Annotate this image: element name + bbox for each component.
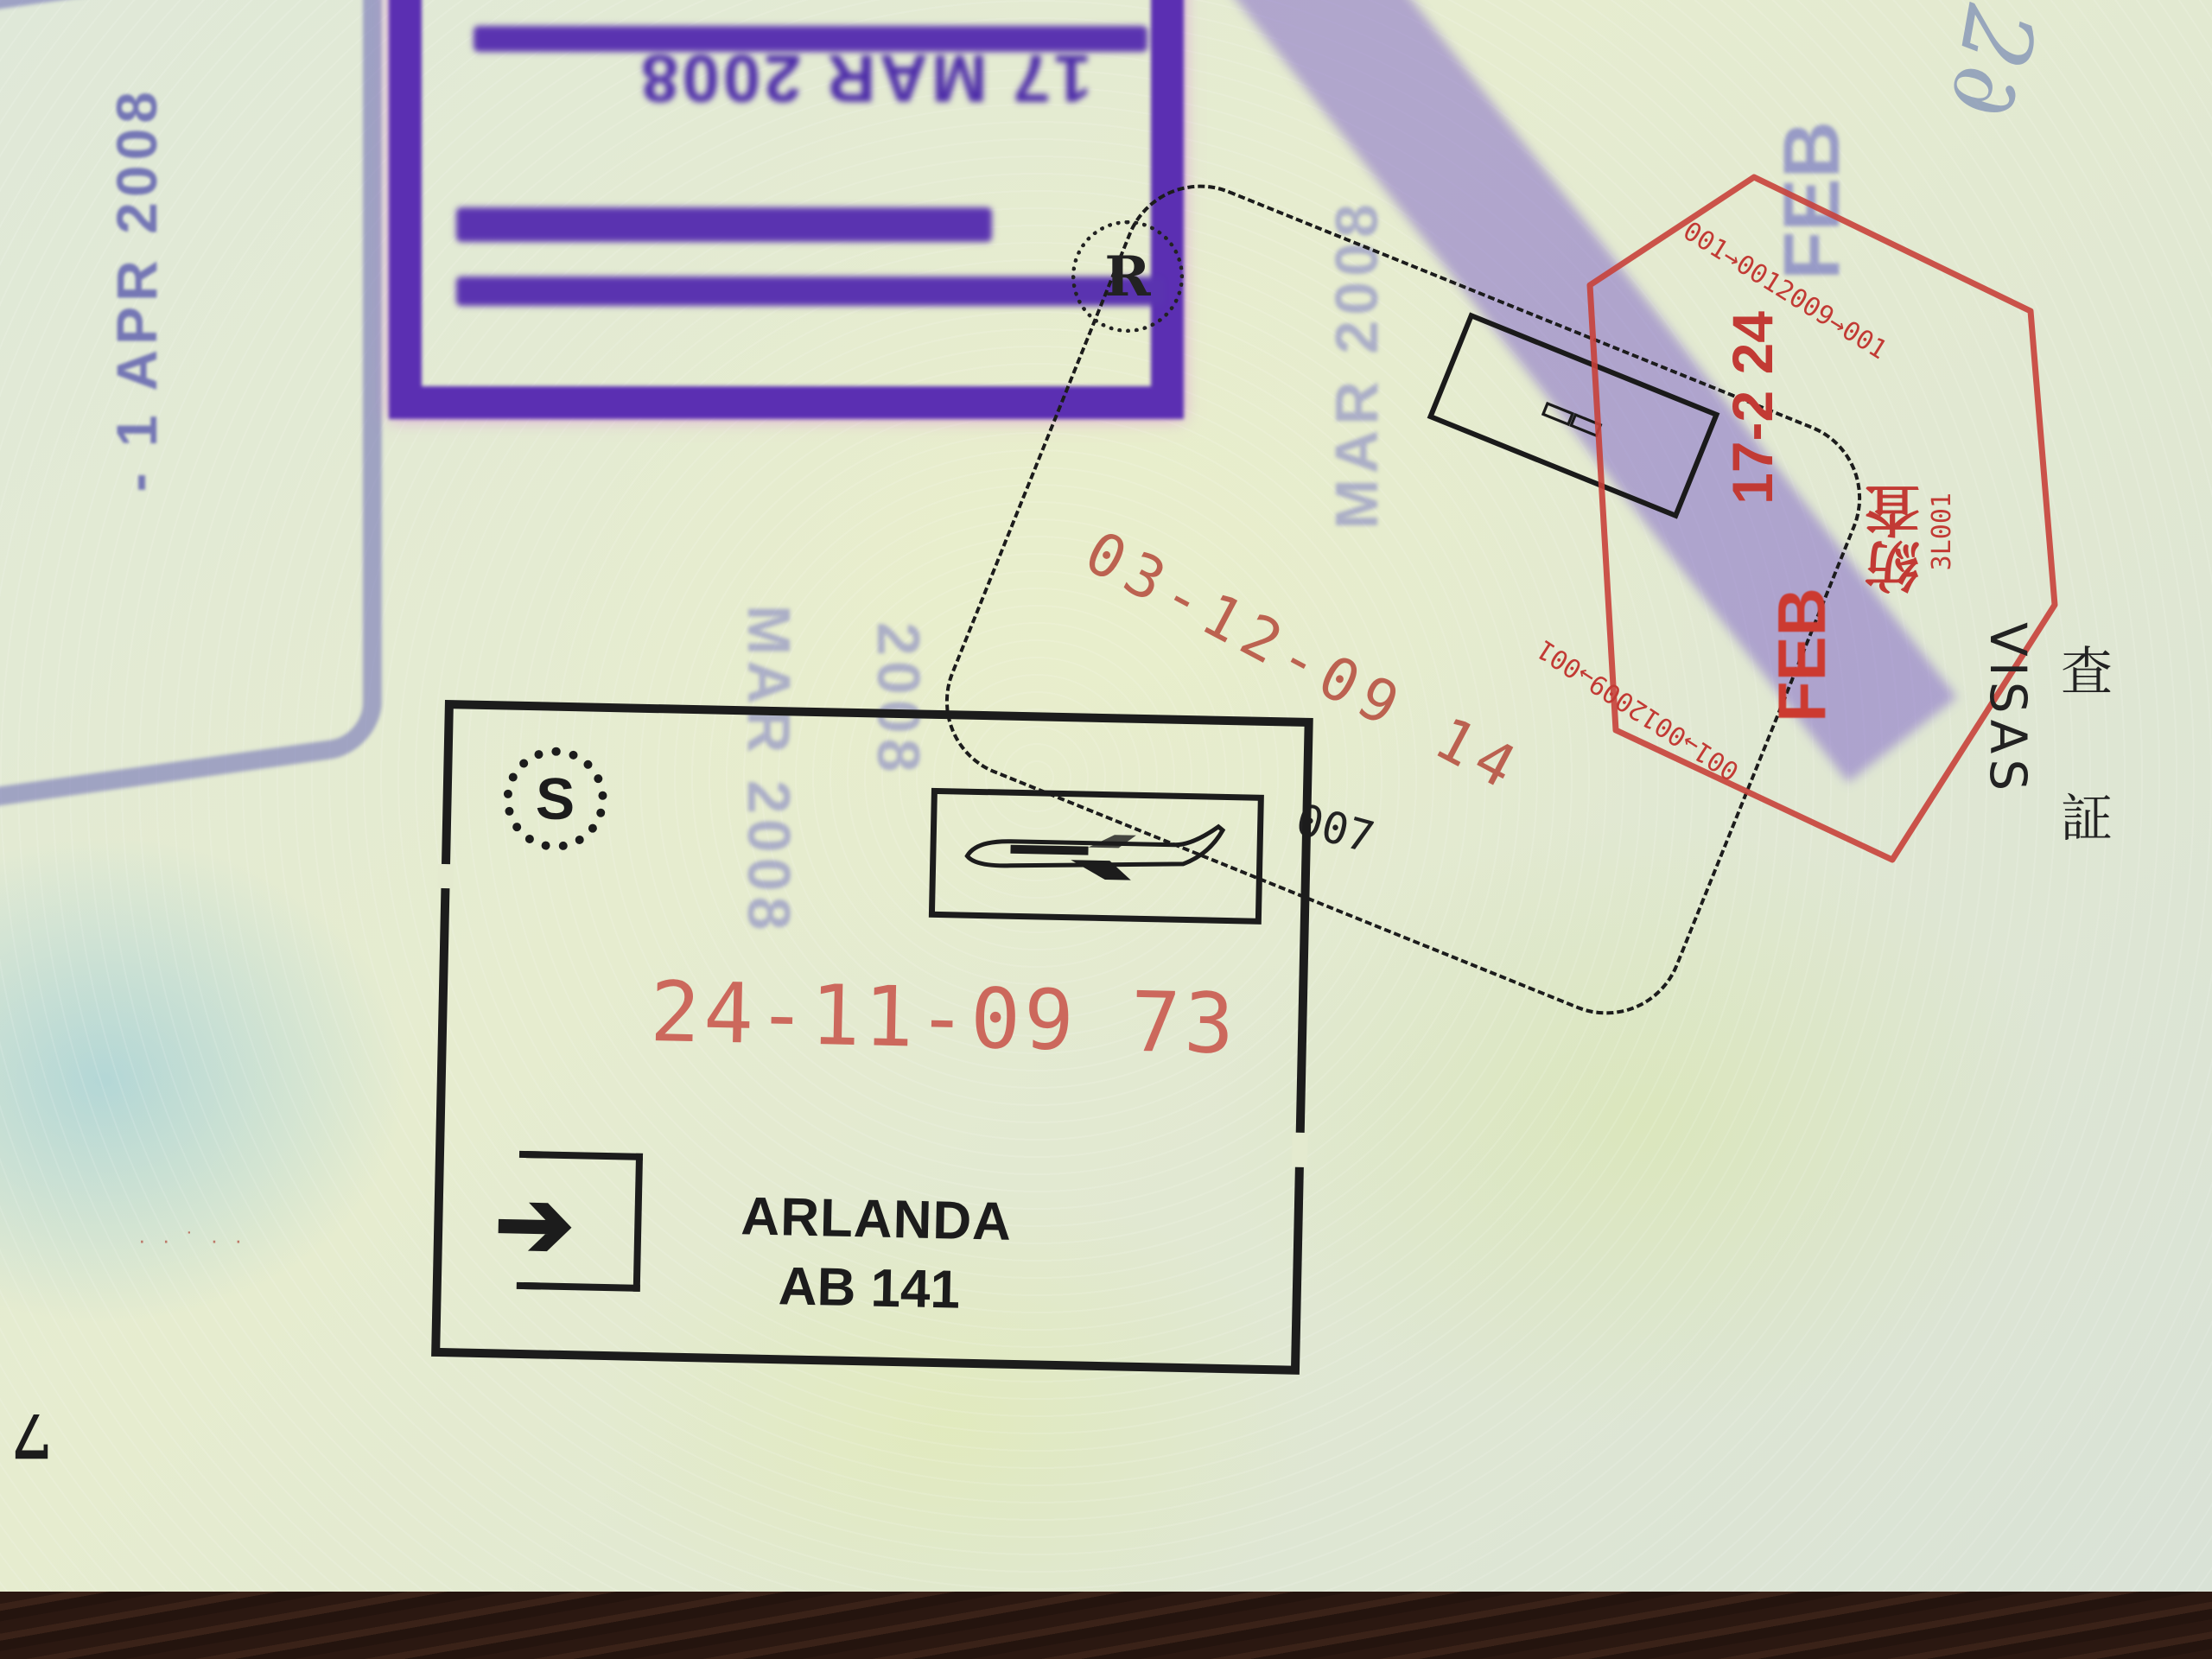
arlanda-flight: AB 141 <box>778 1255 961 1320</box>
arlanda-entry-stamp: S 24-11-09 73 ➔ ARLANDA AB 141 <box>431 700 1313 1375</box>
sweden-s-logo-icon: S <box>502 746 607 851</box>
hexagon-stamp-month: FEB <box>1763 588 1841 722</box>
visas-section-label: VISAS <box>1979 622 2037 796</box>
airplane-glyph <box>957 814 1236 898</box>
arlanda-stamp-date: 24-11-09 73 <box>649 963 1238 1072</box>
visas-cjk-bottom: 証 <box>2061 778 2113 852</box>
left-fan-stamp <box>0 0 382 810</box>
hexagon-stamp-code: 3L001 <box>1927 493 1957 570</box>
pencil-annotation: 2∂ <box>1929 0 2056 125</box>
stamp-border-gap <box>437 864 454 888</box>
arrow-entry-icon: ➔ <box>493 1176 575 1273</box>
page-number: 7 <box>10 1400 53 1471</box>
country-mark-r: R <box>1071 220 1184 333</box>
ink-speckles: · · ˙ · · <box>138 1227 247 1254</box>
hexagon-stamp-chars: 紡査 <box>1858 484 1937 594</box>
purple-entry-stamp: 17 MAR 2008 <box>389 0 1184 419</box>
passport-page: - 1 APR 2008 MAR 2008 2008 MAR 2008 17 M… <box>0 0 2212 1592</box>
stamp-border-gap <box>1292 1133 1308 1167</box>
airplane-icon <box>929 788 1264 925</box>
purple-stamp-date: 17 MAR 2008 <box>638 39 1091 118</box>
visas-cjk-top: 査 <box>2061 631 2113 705</box>
arlanda-place: ARLANDA <box>741 1185 1013 1253</box>
left-fan-stamp-date: - 1 APR 2008 <box>104 86 169 492</box>
wooden-table <box>0 1592 2212 1659</box>
country-mark-s: S <box>535 765 575 833</box>
hexagon-stamp-date: 17-2 24 <box>1719 311 1785 505</box>
